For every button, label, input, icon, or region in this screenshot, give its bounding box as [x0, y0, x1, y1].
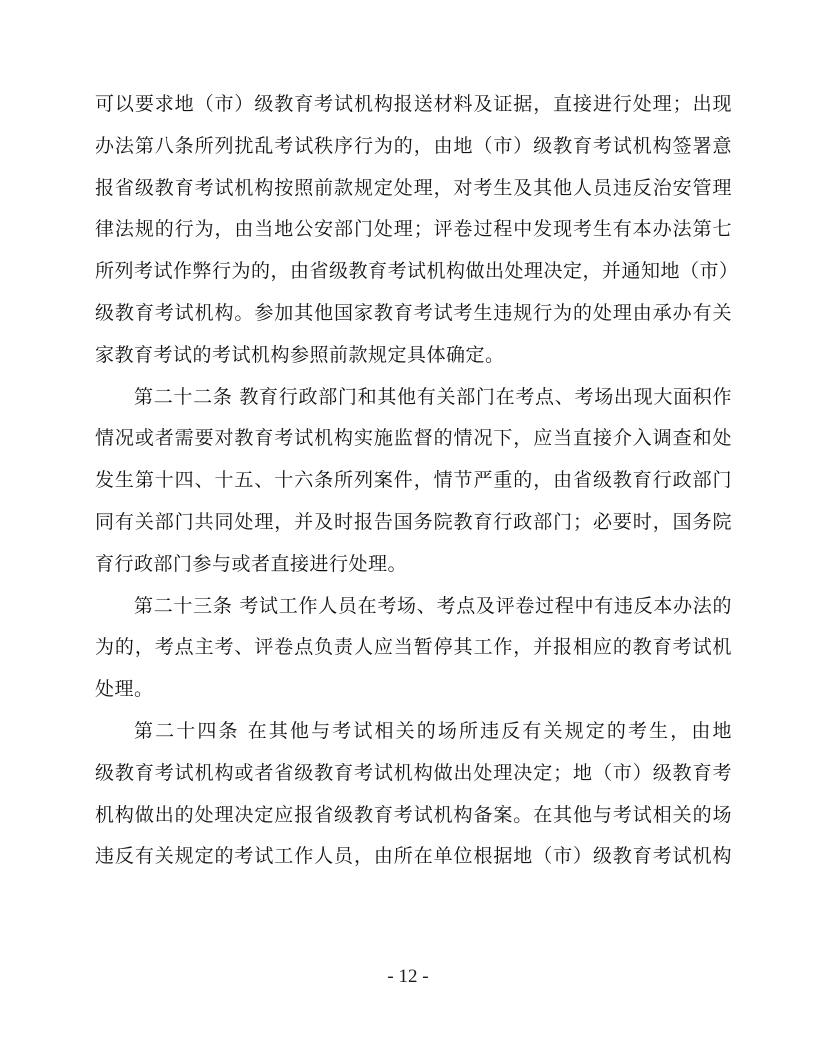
- text-line: 家教育考试的考试机构参照前款规定具体确定。: [95, 335, 732, 377]
- text-line: 育行政部门参与或者直接进行处理。: [95, 544, 732, 586]
- text-line: 可以要求地（市）级教育考试机构报送材料及证据，直接进行处理；出现本: [95, 84, 732, 126]
- text-line: 级教育考试机构。参加其他国家教育考试考生违规行为的处理由承办有关国: [95, 293, 732, 335]
- page-number: - 12 -: [387, 966, 428, 987]
- document-body: 可以要求地（市）级教育考试机构报送材料及证据，直接进行处理；出现本 办法第八条所…: [95, 84, 732, 878]
- text-line-article-24: 第二十四条 在其他与考试相关的场所违反有关规定的考生，由地（市）: [95, 711, 732, 753]
- text-line: 处理。: [95, 669, 732, 711]
- document-page: 可以要求地（市）级教育考试机构报送材料及证据，直接进行处理；出现本 办法第八条所…: [0, 0, 816, 1056]
- text-line-article-22: 第二十二条 教育行政部门和其他有关部门在考点、考场出现大面积作弊: [95, 377, 732, 419]
- text-line: 为的，考点主考、评卷点负责人应当暂停其工作，并报相应的教育考试机构: [95, 627, 732, 669]
- text-line: 违反有关规定的考试工作人员，由所在单位根据地（市）级教育考试机构或: [95, 836, 732, 878]
- text-line: 报省级教育考试机构按照前款规定处理，对考生及其他人员违反治安管理法: [95, 168, 732, 210]
- text-line: 办法第八条所列扰乱考试秩序行为的，由地（市）级教育考试机构签署意见，: [95, 126, 732, 168]
- text-line: 情况或者需要对教育考试机构实施监督的情况下，应当直接介入调查和处理。: [95, 418, 732, 460]
- page-footer: - 12 -: [0, 963, 816, 991]
- text-line: 律法规的行为，由当地公安部门处理；评卷过程中发现考生有本办法第七条: [95, 209, 732, 251]
- text-line: 同有关部门共同处理，并及时报告国务院教育行政部门；必要时，国务院教: [95, 502, 732, 544]
- text-line-article-23: 第二十三条 考试工作人员在考场、考点及评卷过程中有违反本办法的行: [95, 586, 732, 628]
- text-line: 发生第十四、十五、十六条所列案件，情节严重的，由省级教育行政部门会: [95, 460, 732, 502]
- text-line: 级教育考试机构或者省级教育考试机构做出处理决定；地（市）级教育考试: [95, 753, 732, 795]
- text-line: 所列考试作弊行为的，由省级教育考试机构做出处理决定，并通知地（市）: [95, 251, 732, 293]
- text-line: 机构做出的处理决定应报省级教育考试机构备案。在其他与考试相关的场所: [95, 795, 732, 837]
